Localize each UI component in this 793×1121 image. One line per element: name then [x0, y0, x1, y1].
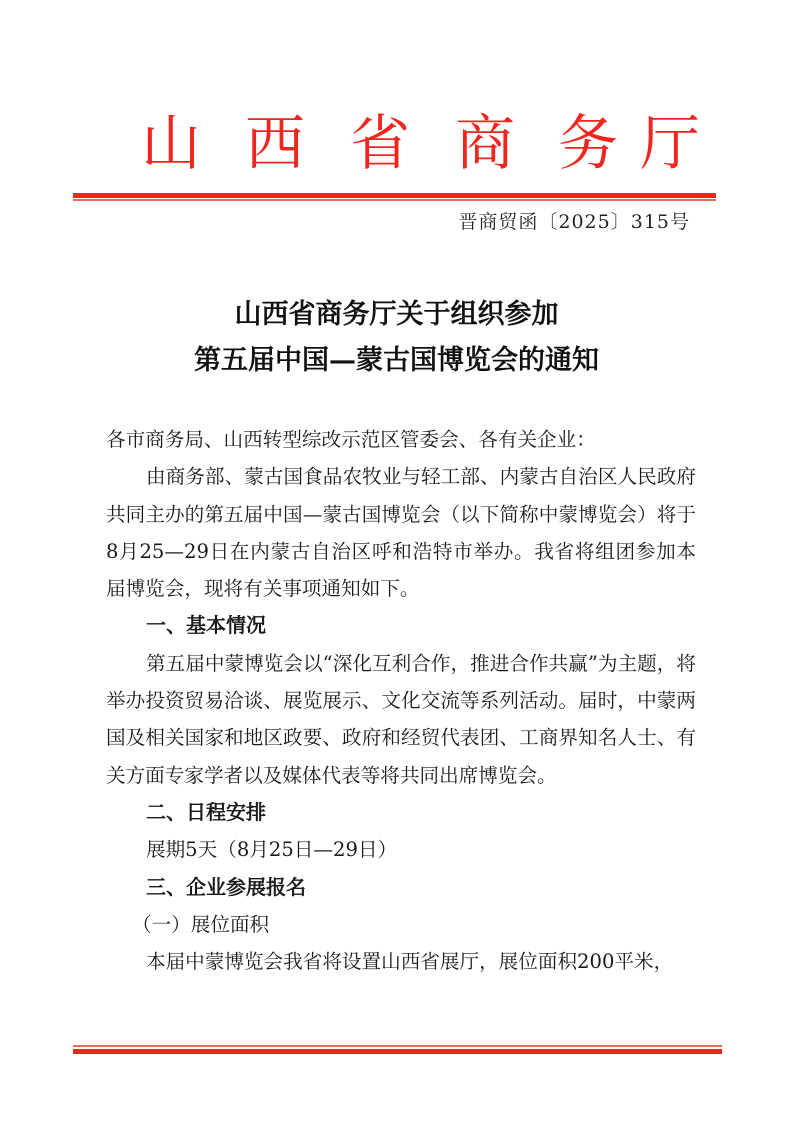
- document-page: 山 西 省 商 务 厅 晋商贸函〔2025〕315号 山西省商务厅关于组织参加 …: [0, 0, 793, 1121]
- section-heading-basic-info: 一、基本情况: [106, 607, 696, 644]
- schedule-paragraph: 展期5天（8月25日—29日）: [106, 831, 696, 868]
- salutation: 各市商务局、山西转型综改示范区管委会、各有关企业：: [106, 421, 696, 458]
- section-heading-schedule: 二、日程安排: [106, 794, 696, 831]
- section-heading-registration: 三、企业参展报名: [106, 869, 696, 906]
- booth-area-paragraph: 本届中蒙博览会我省将设置山西省展厅，展位面积200平米，: [106, 943, 696, 980]
- masthead-divider-thick: [73, 193, 716, 198]
- masthead-title: 山 西 省 商 务 厅: [120, 104, 710, 184]
- document-title-line1: 山西省商务厅关于组织参加: [0, 292, 793, 338]
- basic-info-paragraph: 第五届中蒙博览会以“深化互利合作，推进合作共赢”为主题，将举办投资贸易洽谈、展览…: [106, 645, 696, 794]
- masthead-divider-thin: [73, 199, 716, 201]
- masthead-char: 务: [558, 104, 618, 184]
- document-number: 晋商贸函〔2025〕315号: [458, 208, 690, 236]
- document-body: 各市商务局、山西转型综改示范区管委会、各有关企业： 由商务部、蒙古国食品农牧业与…: [106, 421, 696, 980]
- subsection-heading-booth-area: （一）展位面积: [106, 906, 696, 943]
- document-title-line2: 第五届中国—蒙古国博览会的通知: [0, 338, 793, 384]
- footer-divider-thin: [73, 1045, 722, 1047]
- masthead-char: 西: [245, 104, 305, 184]
- masthead-char: 商: [455, 104, 515, 184]
- intro-paragraph: 由商务部、蒙古国食品农牧业与轻工部、内蒙古自治区人民政府共同主办的第五届中国—蒙…: [106, 458, 696, 607]
- masthead-char: 厅: [640, 104, 700, 184]
- masthead-char: 山: [141, 104, 201, 184]
- footer-divider-thick: [73, 1049, 722, 1054]
- masthead-char: 省: [350, 104, 410, 184]
